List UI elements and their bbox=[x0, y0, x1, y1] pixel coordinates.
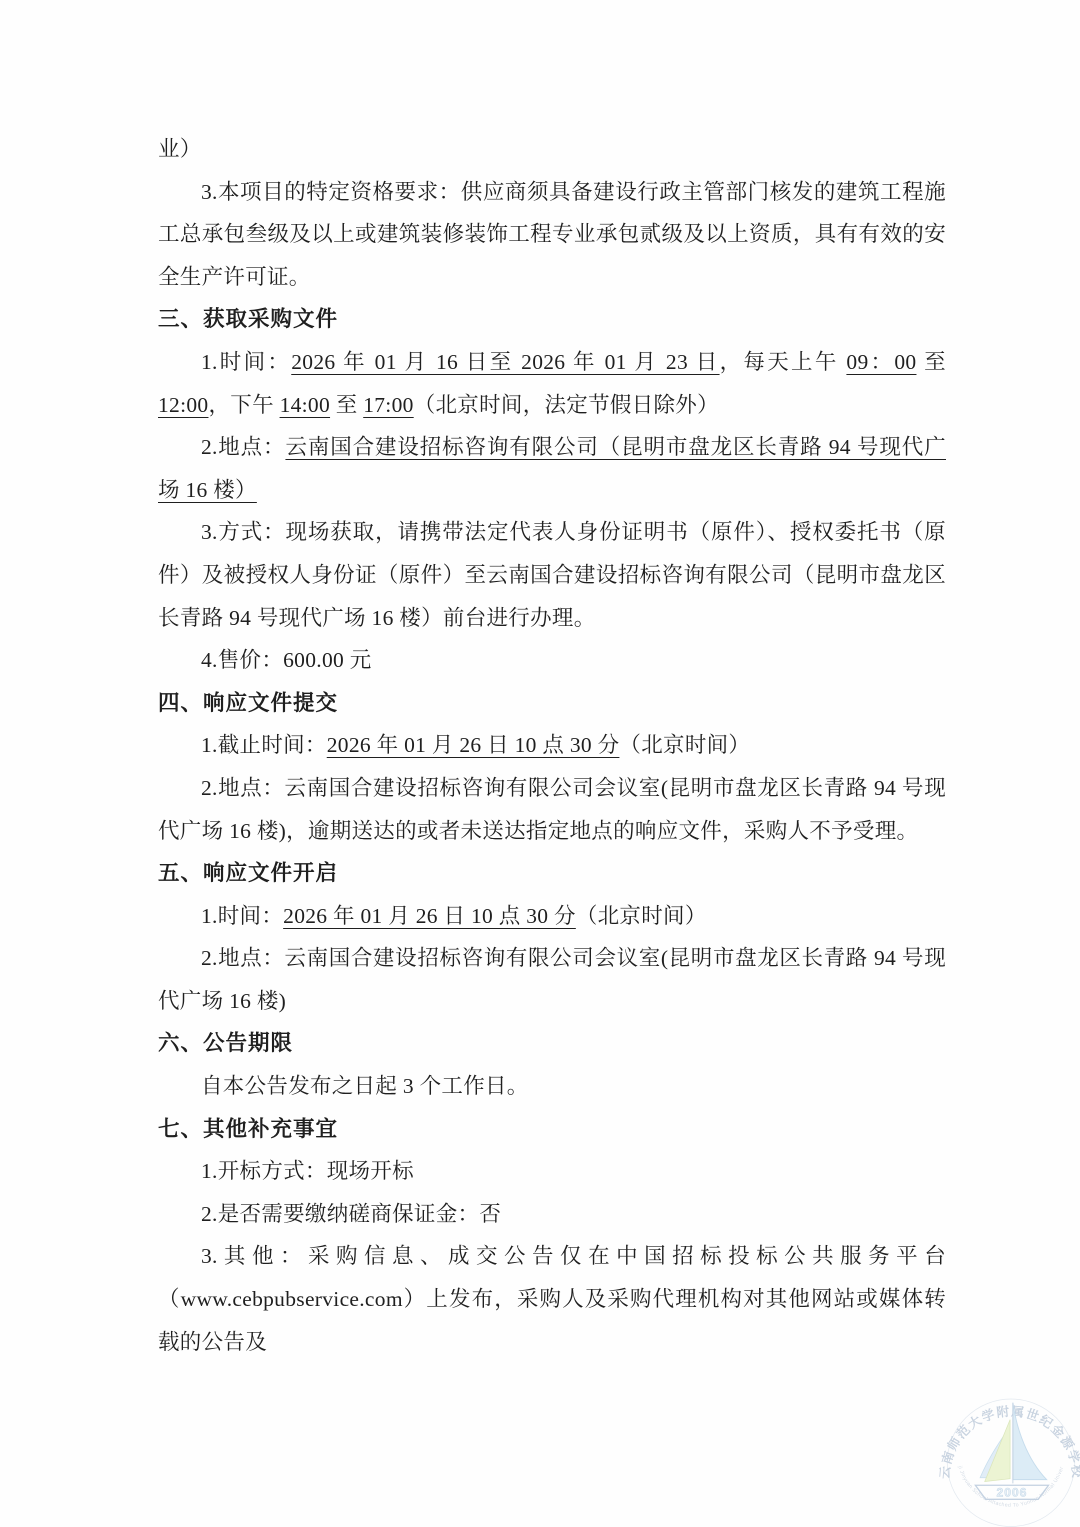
text-run: 三、获取采购文件 bbox=[158, 307, 338, 331]
text-run: 1.截止时间： bbox=[201, 733, 327, 757]
text-run: 3.其他：采购信息、成交公告仅在中国招标投标公共服务平台（www.cebpubs… bbox=[158, 1244, 946, 1353]
para-opening-time: 1.时间：2026 年 01 月 26 日 10 点 30 分（北京时间） bbox=[158, 895, 946, 938]
underlined-text: 2026 年 01 月 16 日至 2026 年 01 月 23 日 bbox=[291, 350, 719, 374]
underlined-text: 17:00 bbox=[363, 393, 413, 417]
sailboat-icon: 2006 bbox=[975, 1403, 1048, 1500]
heading-section-3-obtain-documents: 三、获取采购文件 bbox=[158, 298, 946, 341]
para-obtain-time: 1.时间：2026 年 01 月 16 日至 2026 年 01 月 23 日，… bbox=[158, 341, 946, 426]
text-run: 业） bbox=[158, 137, 202, 161]
para-other-info: 3.其他：采购信息、成交公告仅在中国招标投标公共服务平台（www.cebpubs… bbox=[158, 1235, 946, 1363]
para-opening-location: 2.地点：云南国合建设招标咨询有限公司会议室(昆明市盘龙区长青路 94 号现代广… bbox=[158, 937, 946, 1022]
text-run: 1.时间： bbox=[201, 350, 291, 374]
text-run: （北京时间，法定节假日除外） bbox=[414, 393, 719, 417]
para-price: 4.售价：600.00 元 bbox=[158, 639, 946, 682]
text-run: 七、其他补充事宜 bbox=[158, 1117, 338, 1141]
para-bid-opening-method: 1.开标方式：现场开标 bbox=[158, 1150, 946, 1193]
text-run: 2.地点：云南国合建设招标咨询有限公司会议室(昆明市盘龙区长青路 94 号现代广… bbox=[158, 776, 946, 843]
para-qualification-requirement: 3.本项目的特定资格要求：供应商须具备建设行政主管部门核发的建筑工程施工总承包叁… bbox=[158, 171, 946, 299]
underlined-text: 09：00 bbox=[846, 350, 916, 374]
text-run: 2.是否需要缴纳磋商保证金：否 bbox=[201, 1202, 501, 1226]
heading-section-4-response-submission: 四、响应文件提交 bbox=[158, 682, 946, 725]
text-run: 自本公告发布之日起 3 个工作日。 bbox=[201, 1074, 529, 1098]
heading-section-7-other-matters: 七、其他补充事宜 bbox=[158, 1108, 946, 1151]
text-run: （北京时间） bbox=[619, 733, 750, 757]
heading-section-5-response-opening: 五、响应文件开启 bbox=[158, 852, 946, 895]
text-run: 六、公告期限 bbox=[158, 1031, 293, 1055]
text-run: 2.地点： bbox=[201, 435, 285, 459]
text-run: 4.售价：600.00 元 bbox=[201, 648, 372, 672]
continuation-text: 业） bbox=[158, 128, 946, 171]
text-run: 至 bbox=[916, 350, 946, 374]
school-seal-watermark: 云南师范大学附属世纪金源学校 Shiji Jinyuan School Atta… bbox=[936, 1384, 1080, 1527]
text-run: 3.方式：现场获取，请携带法定代表人身份证明书（原件）、授权委托书（原件）及被授… bbox=[158, 520, 946, 629]
document-body: 业） 3.本项目的特定资格要求：供应商须具备建设行政主管部门核发的建筑工程施工总… bbox=[158, 128, 946, 1363]
underlined-text: 2026 年 01 月 26 日 10 点 30 分 bbox=[327, 733, 620, 757]
text-run: 1.开标方式：现场开标 bbox=[201, 1159, 414, 1183]
text-run: （北京时间） bbox=[576, 904, 707, 928]
text-run: 五、响应文件开启 bbox=[158, 861, 338, 885]
para-obtain-method: 3.方式：现场获取，请携带法定代表人身份证明书（原件）、授权委托书（原件）及被授… bbox=[158, 511, 946, 639]
heading-section-6-announcement-period: 六、公告期限 bbox=[158, 1022, 946, 1065]
underlined-text: 14:00 bbox=[280, 393, 330, 417]
text-run: 至 bbox=[330, 393, 363, 417]
para-submission-deadline: 1.截止时间：2026 年 01 月 26 日 10 点 30 分（北京时间） bbox=[158, 724, 946, 767]
seal-year: 2006 bbox=[997, 1486, 1028, 1500]
seal-ring bbox=[947, 1399, 1075, 1527]
seal-en-arc-text: Shiji Jinyuan School Attached To Yunnan … bbox=[936, 1384, 1065, 1509]
seal-cn-arc-text: 云南师范大学附属世纪金源学校 bbox=[938, 1404, 1080, 1480]
para-announcement-period: 自本公告发布之日起 3 个工作日。 bbox=[158, 1065, 946, 1108]
underlined-text: 12:00 bbox=[158, 393, 208, 417]
para-obtain-location: 2.地点：云南国合建设招标咨询有限公司（昆明市盘龙区长青路 94 号现代广场 1… bbox=[158, 426, 946, 511]
text-run: ，下午 bbox=[208, 393, 279, 417]
para-deposit-required: 2.是否需要缴纳磋商保证金：否 bbox=[158, 1193, 946, 1236]
document-page: 业） 3.本项目的特定资格要求：供应商须具备建设行政主管部门核发的建筑工程施工总… bbox=[0, 0, 1080, 1527]
text-run: 3.本项目的特定资格要求：供应商须具备建设行政主管部门核发的建筑工程施工总承包叁… bbox=[158, 180, 946, 289]
text-run: 1.时间： bbox=[201, 904, 283, 928]
underlined-text: 2026 年 01 月 26 日 10 点 30 分 bbox=[283, 904, 576, 928]
text-run: 2.地点：云南国合建设招标咨询有限公司会议室(昆明市盘龙区长青路 94 号现代广… bbox=[158, 946, 946, 1013]
para-submission-location: 2.地点：云南国合建设招标咨询有限公司会议室(昆明市盘龙区长青路 94 号现代广… bbox=[158, 767, 946, 852]
text-run: ，每天上午 bbox=[720, 350, 847, 374]
text-run: 四、响应文件提交 bbox=[158, 691, 338, 715]
